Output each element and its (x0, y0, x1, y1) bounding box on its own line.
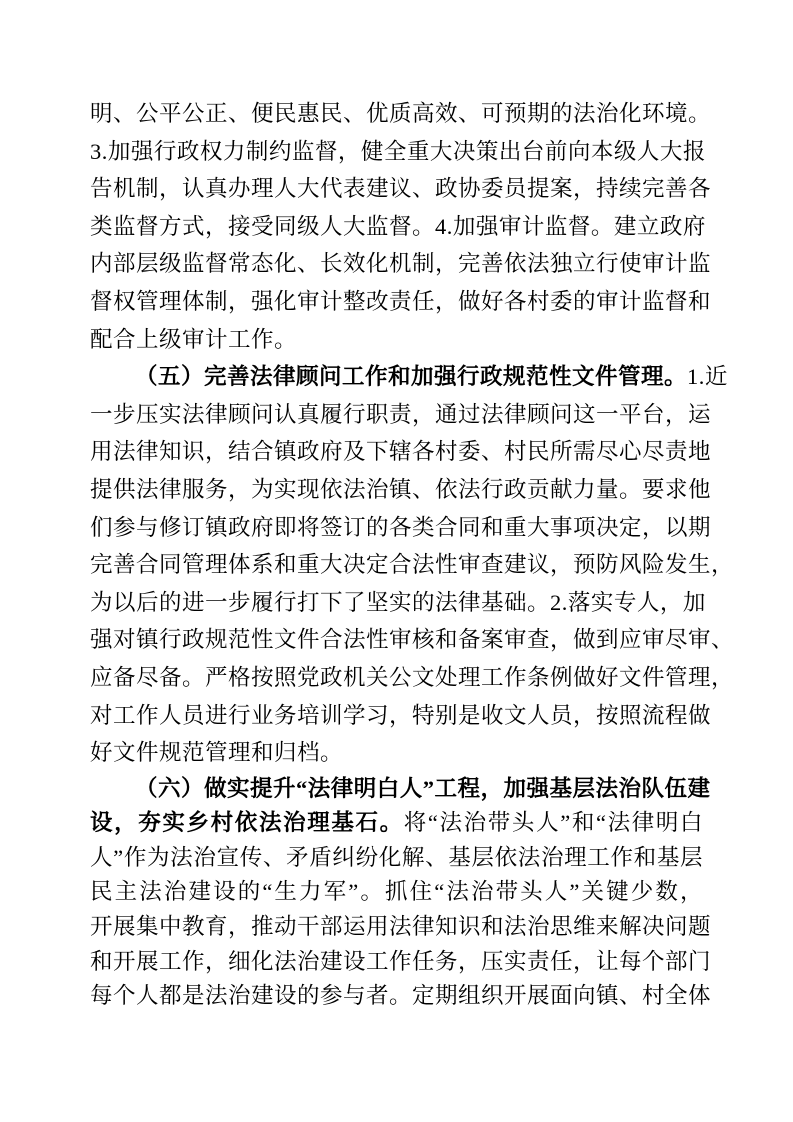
text-line: 一步压实法律顾问认真履行职责，通过法律顾问这一平台，运 (90, 396, 703, 434)
text-line: （六）做实提升“法律明白人”工程，加强基层法治队伍建 (90, 772, 703, 807)
body-text-segment: 开展集中教育，推动干部运用法律知识和法治思维来解决问题 (90, 914, 711, 939)
text-line: （五）完善法律顾问工作和加强行政规范性文件管理。1.近 (90, 358, 703, 396)
text-line: 们参与修订镇政府即将签订的各类合同和重大事项决定，以期 (90, 509, 703, 547)
body-text-segment: 内部层级监督常态化、长效化机制，完善依法独立行使审计监 (90, 251, 711, 276)
body-text-segment: 们参与修订镇政府即将签订的各类合同和重大事项决定，以期 (90, 515, 711, 540)
heading-text-segment: 设，夯实乡村依法治理基石。 (90, 810, 404, 835)
body-text-segment: 督权管理体制，强化审计整改责任，做好各村委的审计监督和 (90, 289, 711, 314)
body-text-segment: 强对镇行政规范性文件合法性审核和备案审查，做到应审尽审、 (90, 627, 734, 652)
text-line: 为以后的进一步履行打下了坚实的法律基础。2.落实专人，加 (90, 584, 703, 622)
body-text-segment: 完善合同管理体系和重大决定合法性审查建议，预防风险发生， (90, 552, 734, 577)
text-line: 开展集中教育，推动干部运用法律知识和法治思维来解决问题 (90, 910, 703, 945)
body-text-segment: 将“法治带头人”和“法律明白 (404, 810, 703, 835)
body-text-segment: 为以后的进一步履行打下了坚实的法律基础。2.落实专人，加 (90, 590, 706, 615)
paragraph-six-legal-minded-people: （六）做实提升“法律明白人”工程，加强基层法治队伍建设，夯实乡村依法治理基石。将… (90, 772, 703, 1014)
text-line: 民主法治建设的“生力军”。抓住“法治带头人”关键少数， (90, 875, 703, 910)
body-text-segment: 和开展工作，细化法治建设工作任务，压实责任，让每个部门 (90, 949, 711, 974)
text-line: 3.加强行政权力制约监督，健全重大决策出台前向本级人大报 (90, 133, 703, 171)
text-line: 明、公平公正、便民惠民、优质高效、可预期的法治化环境。 (90, 95, 703, 133)
paragraph-supervision-continuation: 明、公平公正、便民惠民、优质高效、可预期的法治化环境。3.加强行政权力制约监督，… (90, 95, 703, 358)
body-text-segment: 提供法律服务，为实现依法治镇、依法行政贡献力量。要求他 (90, 477, 711, 502)
text-line: 设，夯实乡村依法治理基石。将“法治带头人”和“法律明白 (90, 806, 703, 841)
text-line: 对工作人员进行业务培训学习，特别是收文人员，按照流程做 (90, 697, 703, 735)
heading-text-segment: （五）完善法律顾问工作和加强行政规范性文件管理。 (135, 364, 687, 389)
body-text-segment: 人”作为法治宣传、矛盾纠纷化解、基层依法治理工作和基层 (90, 845, 703, 870)
body-text-segment: 告机制，认真办理人大代表建议、政协委员提案，持续完善各 (90, 176, 711, 201)
body-text-segment: 3.加强行政权力制约监督，健全重大决策出台前向本级人大报 (90, 139, 706, 164)
text-line: 和开展工作，细化法治建设工作任务，压实责任，让每个部门 (90, 945, 703, 980)
text-line: 告机制，认真办理人大代表建议、政协委员提案，持续完善各 (90, 170, 703, 208)
text-line: 类监督方式，接受同级人大监督。4.加强审计监督。建立政府 (90, 208, 703, 246)
body-text-segment: 1.近 (687, 364, 728, 389)
body-text-segment: 应备尽备。严格按照党政机关公文处理工作条例做好文件管理， (90, 665, 734, 690)
paragraph-five-legal-advisor: （五）完善法律顾问工作和加强行政规范性文件管理。1.近一步压实法律顾问认真履行职… (90, 358, 703, 772)
text-line: 提供法律服务，为实现依法治镇、依法行政贡献力量。要求他 (90, 471, 703, 509)
text-line: 内部层级监督常态化、长效化机制，完善依法独立行使审计监 (90, 245, 703, 283)
text-line: 好文件规范管理和归档。 (90, 734, 703, 772)
body-text-segment: 明、公平公正、便民惠民、优质高效、可预期的法治化环境。 (90, 101, 711, 126)
body-text-segment: 一步压实法律顾问认真履行职责，通过法律顾问这一平台，运 (90, 402, 711, 427)
text-line: 人”作为法治宣传、矛盾纠纷化解、基层依法治理工作和基层 (90, 841, 703, 876)
body-text-segment: 民主法治建设的“生力军”。抓住“法治带头人”关键少数， (90, 879, 703, 904)
text-line: 完善合同管理体系和重大决定合法性审查建议，预防风险发生， (90, 546, 703, 584)
body-text-segment: 好文件规范管理和归档。 (90, 740, 343, 765)
text-line: 配合上级审计工作。 (90, 321, 703, 359)
body-text-segment: 配合上级审计工作。 (90, 327, 297, 352)
body-text-segment: 类监督方式，接受同级人大监督。4.加强审计监督。建立政府 (90, 214, 706, 239)
body-text-segment: 用法律知识，结合镇政府及下辖各村委、村民所需尽心尽责地 (90, 439, 711, 464)
body-text-segment: 每个人都是法治建设的参与者。定期组织开展面向镇、村全体 (90, 983, 711, 1008)
text-line: 用法律知识，结合镇政府及下辖各村委、村民所需尽心尽责地 (90, 433, 703, 471)
document-page: 明、公平公正、便民惠民、优质高效、可预期的法治化环境。3.加强行政权力制约监督，… (0, 0, 793, 1122)
text-line: 每个人都是法治建设的参与者。定期组织开展面向镇、村全体 (90, 979, 703, 1014)
text-block: 明、公平公正、便民惠民、优质高效、可预期的法治化环境。3.加强行政权力制约监督，… (90, 95, 703, 1014)
body-text-segment: 对工作人员进行业务培训学习，特别是收文人员，按照流程做 (90, 703, 711, 728)
text-line: 强对镇行政规范性文件合法性审核和备案审查，做到应审尽审、 (90, 621, 703, 659)
text-line: 督权管理体制，强化审计整改责任，做好各村委的审计监督和 (90, 283, 703, 321)
heading-text-segment: （六）做实提升“法律明白人”工程，加强基层法治队伍建 (135, 776, 711, 801)
text-line: 应备尽备。严格按照党政机关公文处理工作条例做好文件管理， (90, 659, 703, 697)
